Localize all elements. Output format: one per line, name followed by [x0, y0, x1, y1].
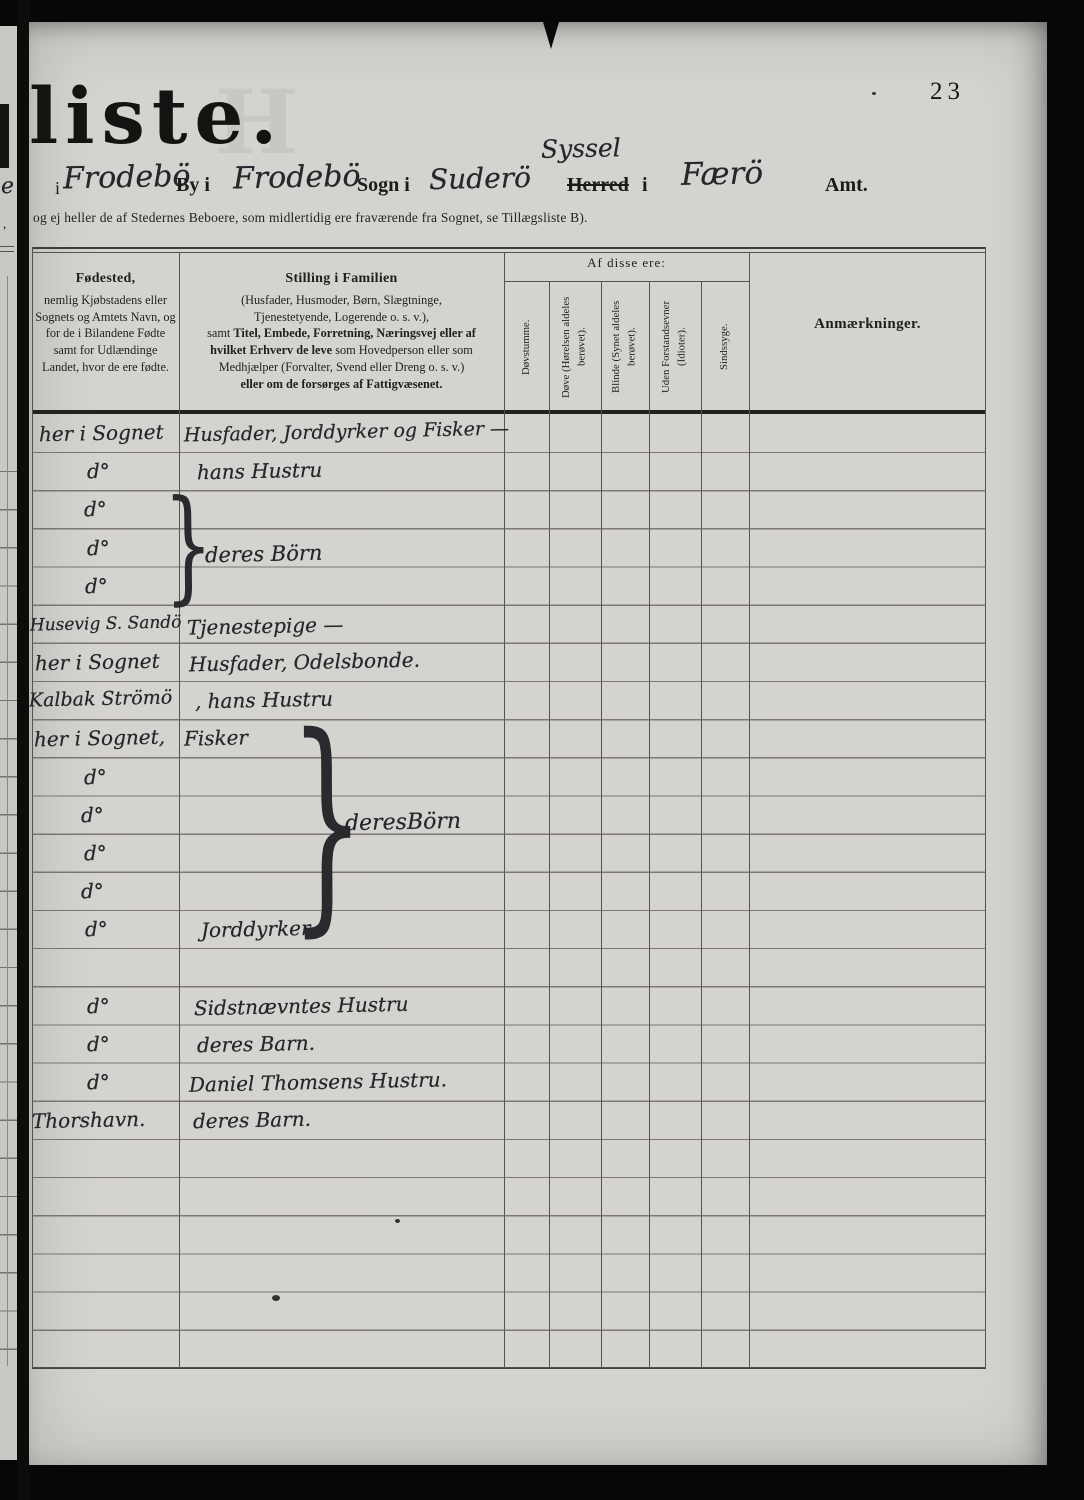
row-2-birthplace: d°: [84, 497, 107, 529]
cut-handwriting-fragment: e: [1, 174, 15, 199]
by-name-handwritten: Frodebö: [63, 159, 191, 197]
header-col-blind: Blinde (Synet aldeles berøvet).: [601, 284, 649, 410]
cut-letter-fragment: [0, 104, 9, 168]
header-remarks: Anmærkninger.: [749, 316, 986, 333]
row-3-birthplace: d°: [87, 536, 110, 568]
exclusion-note: og ej heller de af Stedernes Beboere, so…: [33, 210, 588, 226]
children-label-2: deresBörn: [345, 809, 462, 836]
header-birthplace: Fødested, nemlig Kjøbstadens eller Sogne…: [35, 269, 176, 376]
header-col-deaf-mute: Døvstumme.: [504, 284, 549, 410]
row-5-position: Tjenestepige —: [187, 612, 344, 647]
header-group-title: Af disse ere:: [504, 255, 749, 271]
divider: [0, 246, 14, 247]
row-15-birthplace: d°: [87, 994, 110, 1026]
header-family-title: Stilling i Familien: [182, 269, 501, 288]
row-12-birthplace: d°: [81, 879, 104, 911]
book-binding-edge: [17, 0, 29, 1500]
row-0-birthplace: her i Sognet: [39, 420, 164, 455]
header-col-idiot: Uden Forstandsevner (Idioter).: [649, 284, 701, 410]
header-col-deaf: Døve (Hørelsen aldeles berøvet).: [549, 284, 601, 410]
sogn-label: Sogn i: [357, 174, 410, 197]
scanned-census-page: e , 23 H liste. i Frodebö By i Frodebö S…: [0, 0, 1084, 1500]
row-5-birthplace: Husevig S. Sandö: [30, 612, 182, 647]
sogn-name-handwritten: Frodebö: [233, 159, 361, 197]
row-16-position: deres Barn.: [197, 1031, 316, 1065]
row-18-birthplace: Thorshavn.: [32, 1107, 146, 1141]
row-17-position: Daniel Thomsens Hustru.: [189, 1067, 448, 1104]
census-form-page: 23 H liste. i Frodebö By i Frodebö Sogn …: [29, 22, 1047, 1465]
row-13-birthplace: d°: [85, 917, 108, 949]
by-label: By i: [176, 174, 210, 197]
header-family-line1: (Husfader, Husmoder, Børn, Slægtninge,: [182, 292, 501, 309]
row-11-birthplace: d°: [84, 841, 107, 873]
syssel-word-handwritten: Syssel: [541, 133, 621, 164]
row-8-birthplace: her i Sognet,: [34, 725, 166, 760]
facing-page-sliver: e ,: [0, 26, 17, 1460]
herred-label-struck: Herred: [567, 174, 629, 197]
row-18-position: deres Barn.: [193, 1107, 312, 1141]
syssel-name-handwritten: Suderö: [429, 161, 532, 196]
header-family-line2: Tjenestetyende, Logerende o. s. v.),: [182, 309, 501, 326]
row-6-birthplace: her i Sognet: [35, 649, 160, 684]
row-6-position: Husfader, Odelsbonde.: [189, 648, 421, 685]
header-family-line6: eller om de forsørges af Fattigvæsenet.: [182, 376, 501, 393]
form-title-fragment: liste.: [29, 72, 284, 162]
amt-name-handwritten: Færö: [681, 155, 764, 193]
row-17-birthplace: d°: [87, 1070, 110, 1102]
facing-page-column-line: [7, 276, 8, 1366]
divider: [0, 251, 14, 252]
row-8-position: Fisker: [184, 725, 249, 758]
printed-i2: i: [642, 174, 648, 197]
cut-note-fragment: ,: [3, 216, 6, 232]
row-9-birthplace: d°: [84, 765, 107, 797]
row-0-position: Husfader, Jorddyrker og Fisker —: [184, 418, 510, 457]
ink-speck: [872, 92, 876, 95]
header-col-insane: Sindssyge.: [701, 284, 749, 410]
row-1-birthplace: d°: [87, 459, 110, 491]
header-birthplace-text: nemlig Kjøbstadens eller Sognets og Amte…: [35, 292, 176, 376]
row-16-birthplace: d°: [87, 1032, 110, 1064]
row-4-birthplace: d°: [85, 574, 108, 606]
row-15-position: Sidstnævntes Hustru: [194, 992, 409, 1028]
children-label-1: deres Börn: [205, 541, 323, 567]
amt-label: Amt.: [825, 174, 868, 197]
paper-tear-notch: [543, 22, 559, 49]
facing-page-rules: [0, 434, 17, 1364]
page-number: 23: [930, 78, 965, 106]
ink-blob: [272, 1295, 280, 1301]
header-birthplace-title: Fødested,: [35, 269, 176, 288]
header-family: Stilling i Familien (Husfader, Husmoder,…: [182, 269, 501, 392]
printed-i: i: [55, 178, 60, 199]
row-7-birthplace: Kalbak Strömö: [29, 687, 173, 722]
row-1-position: hans Hustru: [197, 458, 323, 493]
row-10-birthplace: d°: [81, 803, 104, 835]
ink-blob: [395, 1219, 400, 1223]
header-family-line4: hvilket Erhverv de leve som Hovedperson …: [182, 342, 501, 359]
header-family-line3: samt Titel, Embede, Forretning, Næringsv…: [182, 325, 501, 342]
header-family-line5: Medhjælper (Forvalter, Svend eller Dreng…: [182, 359, 501, 376]
